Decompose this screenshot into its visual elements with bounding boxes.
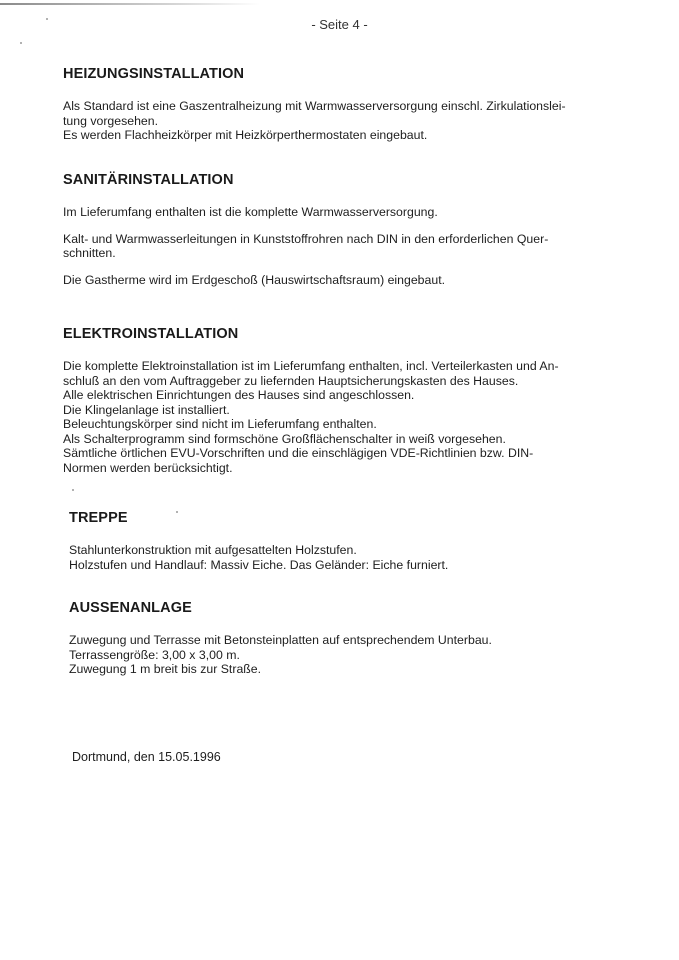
scan-speck [20,42,22,44]
section-title: TREPPE [69,510,609,526]
section-sanitary: SANITÄRINSTALLATION Im Lieferumfang enth… [63,172,603,287]
paragraph-line: Als Schalterprogramm sind formschöne Gro… [63,432,603,447]
section-title: SANITÄRINSTALLATION [63,172,603,188]
section-stairs: TREPPE Stahlunterkonstruktion mit aufges… [69,510,609,572]
paragraph-line: Zuwegung und Terrasse mit Betonsteinplat… [69,633,609,648]
paragraph-line: Es werden Flachheizkörper mit Heizkörper… [63,128,603,143]
section-title: AUSSENANLAGE [69,600,609,616]
section-heating: HEIZUNGSINSTALLATION Als Standard ist ei… [63,66,603,143]
section-title: HEIZUNGSINSTALLATION [63,66,603,82]
paragraph-line: Terrassengröße: 3,00 x 3,00 m. [69,648,609,663]
scan-speck [72,489,74,491]
paragraph-line: Sämtliche örtlichen EVU-Vorschriften und… [63,446,603,461]
place-and-date: Dortmund, den 15.05.1996 [72,750,221,764]
paragraph-line: Stahlunterkonstruktion mit aufgesattelte… [69,543,609,558]
paragraph-line: Holzstufen und Handlauf: Massiv Eiche. D… [69,558,609,573]
section-electrical: ELEKTROINSTALLATION Die komplette Elektr… [63,326,603,475]
paragraph-line: Im Lieferumfang enthalten ist die komple… [63,205,603,220]
paragraph-line: schnitten. [63,246,603,261]
paragraph-line: Zuwegung 1 m breit bis zur Straße. [69,662,609,677]
paragraph-line: Die Klingelanlage ist installiert. [63,403,603,418]
paragraph-line: Kalt- und Warmwasserleitungen in Kunstst… [63,232,603,247]
section-outdoor: AUSSENANLAGE Zuwegung und Terrasse mit B… [69,600,609,677]
scan-edge-artifact [0,3,260,5]
paragraph-line: Als Standard ist eine Gaszentralheizung … [63,99,603,114]
paragraph-line: tung vorgesehen. [63,114,603,129]
paragraph-line: Beleuchtungskörper sind nicht im Lieferu… [63,417,603,432]
page-number: - Seite 4 - [0,17,679,32]
paragraph-line: Die Gastherme wird im Erdgeschoß (Hauswi… [63,273,603,288]
paragraph-line: Alle elektrischen Einrichtungen des Haus… [63,388,603,403]
section-title: ELEKTROINSTALLATION [63,326,603,342]
paragraph-line: Die komplette Elektroinstallation ist im… [63,359,603,374]
paragraph-line: schluß an den vom Auftraggeber zu liefer… [63,374,603,389]
paragraph-line: Normen werden berücksichtigt. [63,461,603,476]
